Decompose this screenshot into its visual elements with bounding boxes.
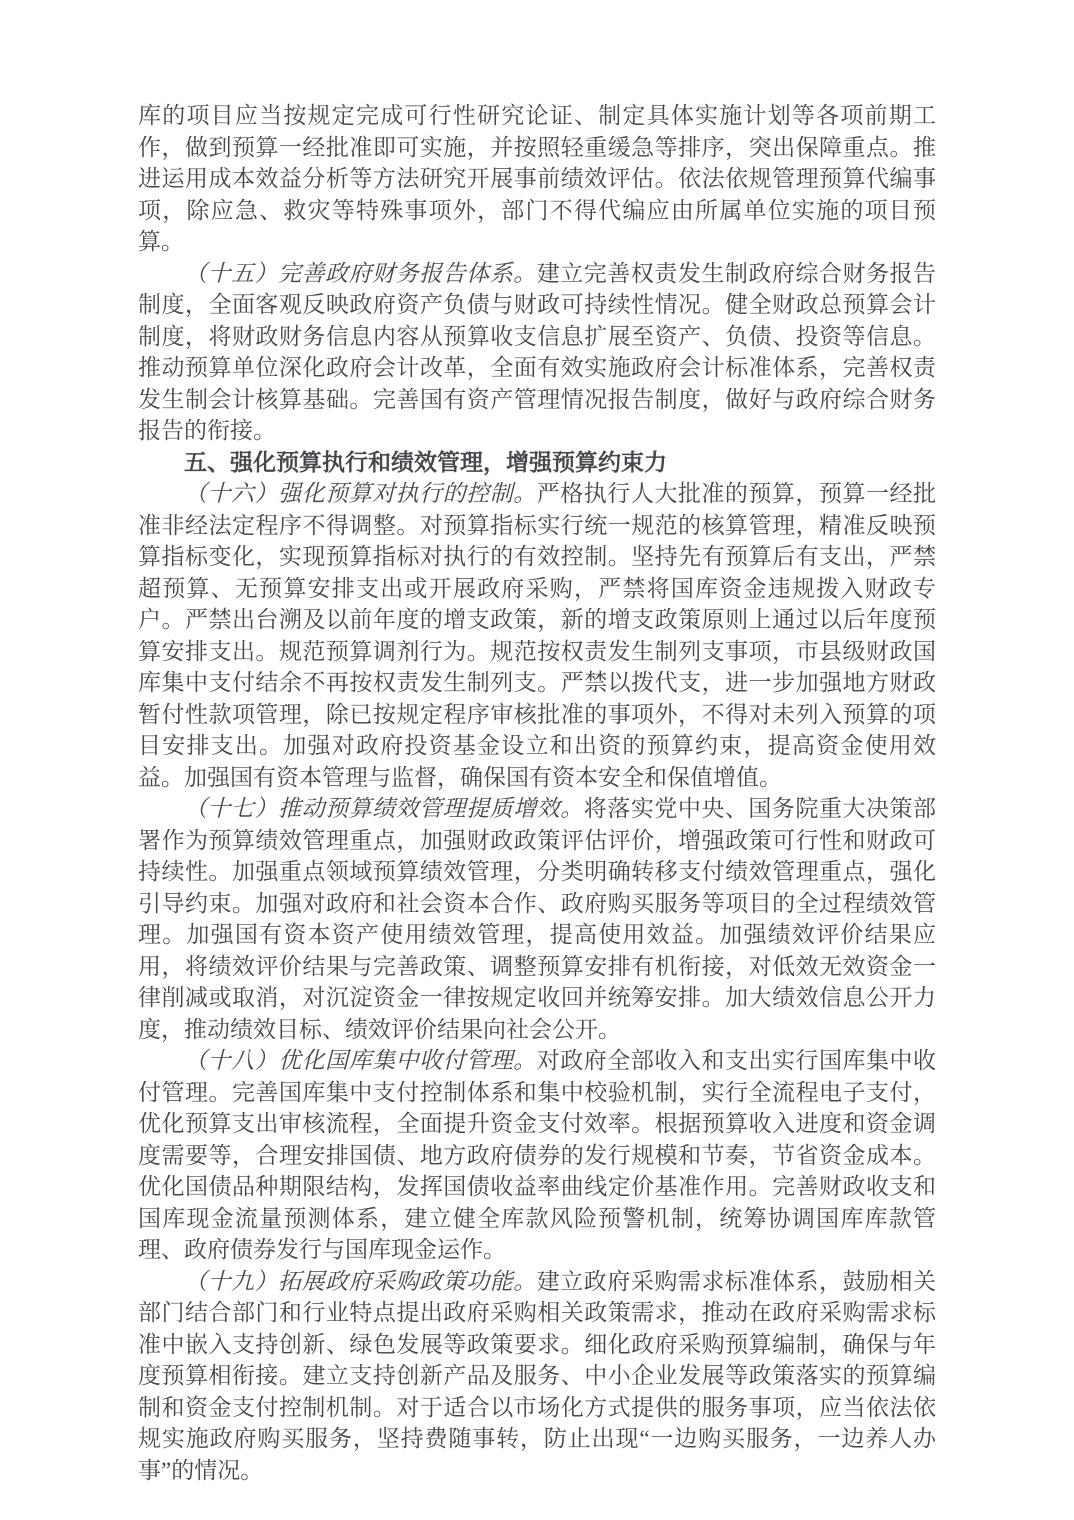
item-19-body: 建立政府采购需求标准体系，鼓励相关部门结合部门和行业特点提出政府采购相关政策需求…: [138, 1269, 936, 1483]
item-17-body: 将落实党中央、国务院重大决策部署作为预算绩效管理重点，加强财政政策评估评价，增强…: [138, 796, 936, 1042]
item-16-title: （十六）强化预算对执行的控制。: [184, 481, 537, 506]
paragraph-item-15: （十五）完善政府财务报告体系。建立完善权责发生制政府综合财务报告制度，全面客观反…: [138, 258, 936, 447]
item-17-title: （十七）推动预算绩效管理提质增效。: [184, 796, 584, 821]
paragraph-item-18: （十八）优化国库集中收付管理。对政府全部收入和支出实行国库集中收付管理。完善国库…: [138, 1045, 936, 1266]
paragraph-continuation: 库的项目应当按规定完成可行性研究论证、制定具体实施计划等各项前期工作，做到预算一…: [138, 100, 936, 258]
paragraph-item-17: （十七）推动预算绩效管理提质增效。将落实党中央、国务院重大决策部署作为预算绩效管…: [138, 793, 936, 1045]
document-text-block: 库的项目应当按规定完成可行性研究论证、制定具体实施计划等各项前期工作，做到预算一…: [138, 100, 936, 1486]
item-15-body: 建立完善权责发生制政府综合财务报告制度，全面客观反映政府资产负债与财政可持续性情…: [138, 261, 936, 444]
item-18-body: 对政府全部收入和支出实行国库集中收付管理。完善国库集中支付控制体系和集中校验机制…: [138, 1048, 936, 1262]
item-15-title: （十五）完善政府财务报告体系。: [184, 261, 537, 286]
item-19-title: （十九）拓展政府采购政策功能。: [184, 1269, 537, 1294]
item-16-body: 严格执行人大批准的预算，预算一经批准非经法定程序不得调整。对预算指标实行统一规范…: [138, 481, 936, 790]
paragraph-item-19: （十九）拓展政府采购政策功能。建立政府采购需求标准体系，鼓励相关部门结合部门和行…: [138, 1266, 936, 1487]
item-18-title: （十八）优化国库集中收付管理。: [184, 1048, 537, 1073]
document-page: 库的项目应当按规定完成可行性研究论证、制定具体实施计划等各项前期工作，做到预算一…: [0, 0, 1074, 1520]
section-heading-part5: 五、强化预算执行和绩效管理，增强预算约束力: [138, 447, 936, 479]
paragraph-item-16: （十六）强化预算对执行的控制。严格执行人大批准的预算，预算一经批准非经法定程序不…: [138, 478, 936, 793]
